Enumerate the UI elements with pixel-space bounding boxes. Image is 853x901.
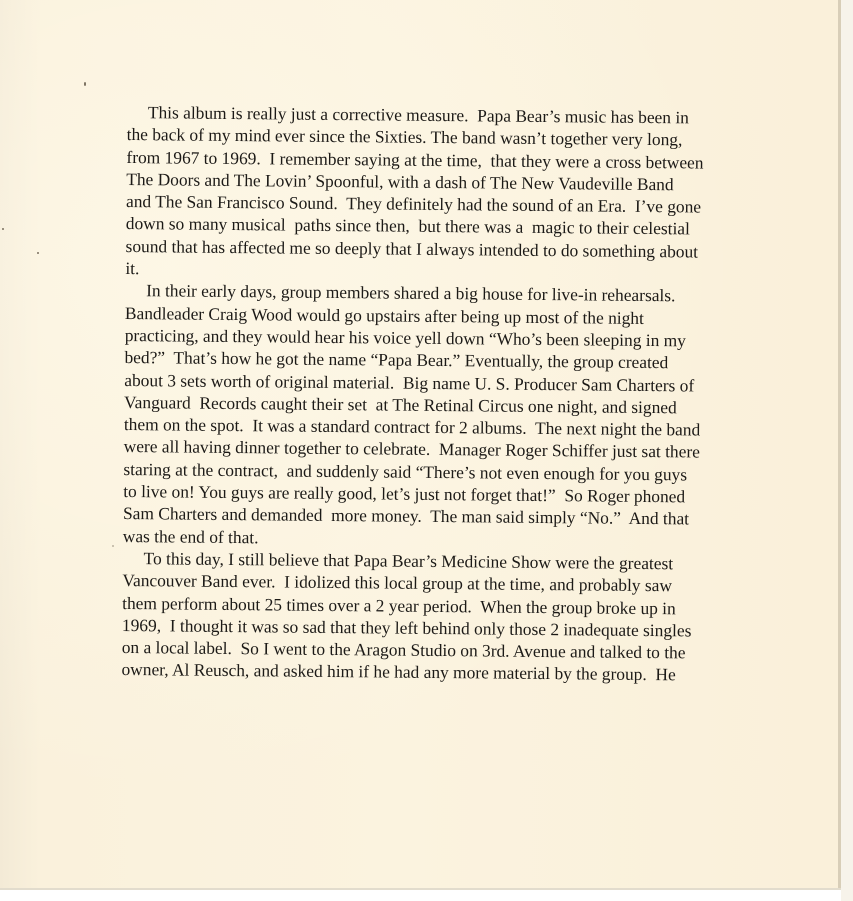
paragraph-1: This album is really just a corrective m… (125, 101, 777, 286)
paper-bottom-edge (0, 888, 841, 890)
paragraph-2: In their early days, group members share… (123, 279, 776, 553)
body-text: This album is really just a corrective m… (121, 101, 777, 687)
paper-speck (84, 82, 86, 86)
paragraph-3: To this day, I still believe that Papa B… (121, 547, 772, 687)
paper-speck (112, 545, 114, 547)
paper-speck (37, 252, 39, 254)
paper-speck (2, 228, 4, 230)
scanner-margin (841, 0, 853, 901)
scanned-page: This album is really just a corrective m… (0, 0, 853, 901)
